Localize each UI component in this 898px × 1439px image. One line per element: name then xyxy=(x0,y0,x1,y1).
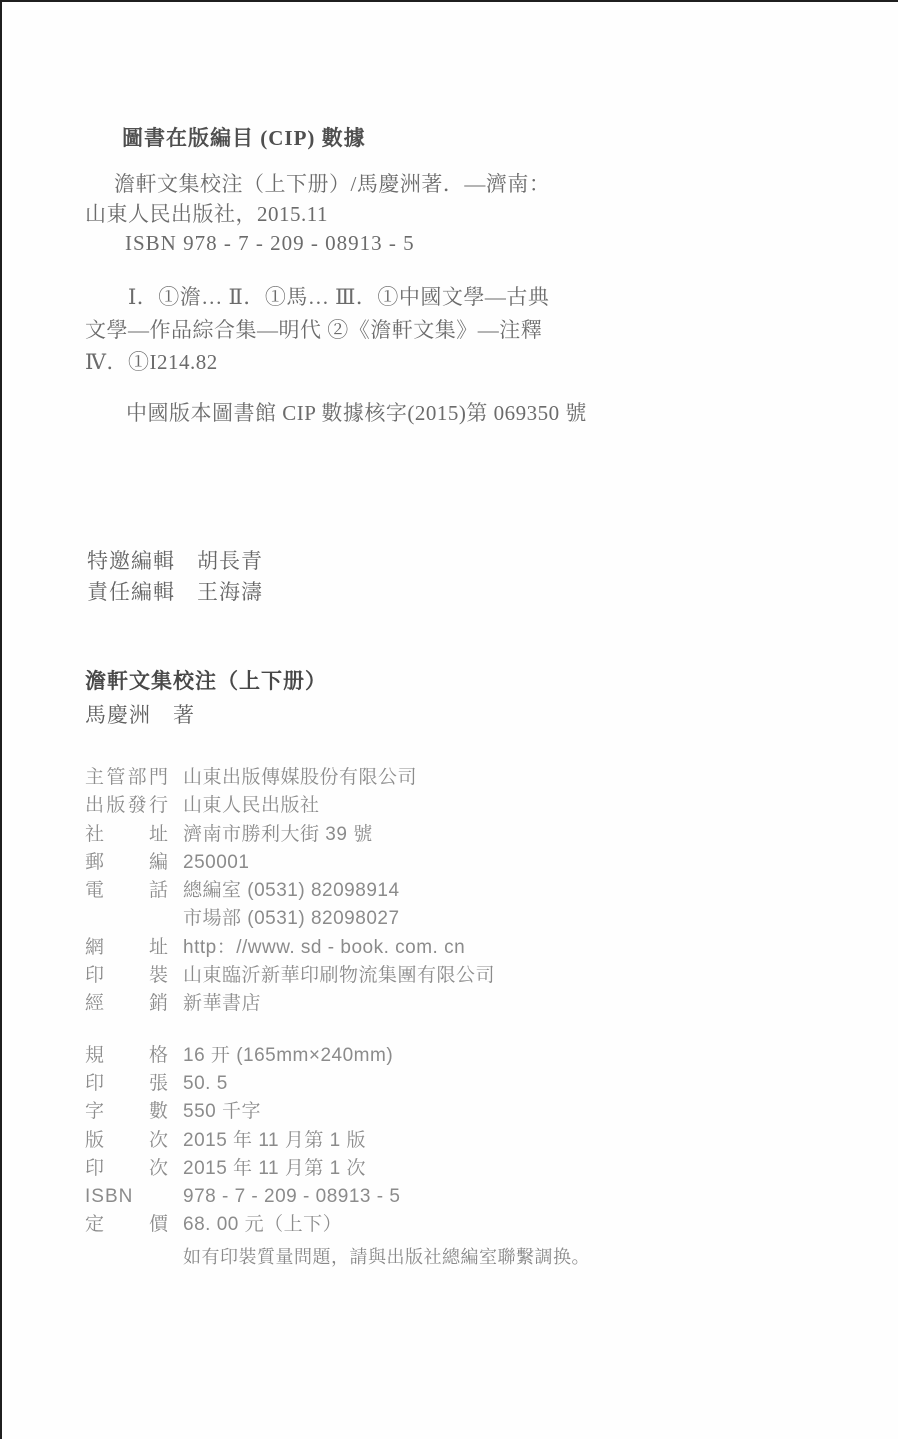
colophon-row-value: 2015 年 11 月第 1 版 xyxy=(183,1130,366,1151)
editor-row: 責任編輯王海濤 xyxy=(87,577,263,608)
colophon-row-value: 山東臨沂新華印刷物流集團有限公司 xyxy=(183,965,495,986)
colophon-row: 出版發行山東人民出版社 xyxy=(85,792,825,820)
colophon-row: ISBN978 - 7 - 209 - 08913 - 5 xyxy=(85,1183,825,1211)
colophon-row-label: 規格 xyxy=(85,1042,168,1070)
cip-publisher-line: 山東人民出版社，2015.11 xyxy=(85,200,328,228)
colophon-row-label: 郵編 xyxy=(85,849,168,877)
colophon-row-label: 網址 xyxy=(85,934,168,962)
cip-title-line: 澹軒文集校注（上下册）/馬慶洲著．—濟南： xyxy=(114,170,550,198)
colophon-row: 版次2015 年 11 月第 1 版 xyxy=(85,1127,825,1155)
colophon-row-value: 新華書店 xyxy=(183,993,261,1014)
book-author: 馬慶洲 著 xyxy=(85,700,327,730)
editor-role: 特邀編輯 xyxy=(87,549,175,573)
colophon-row: 字數550 千字 xyxy=(85,1098,825,1126)
colophon-row: 社址濟南市勝利大街 39 號 xyxy=(85,821,825,849)
copyright-page: 圖書在版編目 (CIP) 數據 澹軒文集校注（上下册）/馬慶洲著．—濟南： 山東… xyxy=(0,0,898,1439)
colophon-row-value: 市場部 (0531) 82098027 xyxy=(183,908,400,929)
scan-edge-left xyxy=(0,0,2,1439)
book-title: 澹軒文集校注（上下册） xyxy=(85,667,327,697)
colophon-row: 經銷新華書店 xyxy=(85,990,825,1018)
cip-class-line-1: Ⅰ．①澹… Ⅱ．①馬… Ⅲ．①中國文學—古典 xyxy=(128,283,549,311)
cip-class-line-3: Ⅳ．①I214.82 xyxy=(85,348,218,376)
colophon-row: 規格16 开 (165mm×240mm) xyxy=(85,1042,825,1070)
colophon-contact-rows: 主管部門山東出版傳媒股份有限公司出版發行山東人民出版社社址濟南市勝利大街 39 … xyxy=(85,764,825,1019)
colophon-row-value: 2015 年 11 月第 1 次 xyxy=(183,1158,366,1179)
colophon-row-label: 印裝 xyxy=(85,962,168,990)
colophon-gap xyxy=(85,1019,825,1042)
book-title-section: 澹軒文集校注（上下册） 馬慶洲 著 xyxy=(85,667,327,730)
colophon-row-value: 50. 5 xyxy=(183,1073,228,1094)
colophon-row: 印次2015 年 11 月第 1 次 xyxy=(85,1155,825,1183)
colophon-row-value: 978 - 7 - 209 - 08913 - 5 xyxy=(183,1186,400,1207)
editor-role: 責任編輯 xyxy=(87,580,175,604)
cip-isbn-line: ISBN 978 - 7 - 209 - 08913 - 5 xyxy=(125,229,415,257)
colophon-row: 市場部 (0531) 82098027 xyxy=(85,905,825,933)
colophon-row: 郵編250001 xyxy=(85,849,825,877)
colophon-row-label: 主管部門 xyxy=(85,764,168,792)
colophon-row-value: http：//www. sd - book. com. cn xyxy=(183,937,465,958)
colophon-row-label: 印張 xyxy=(85,1070,168,1098)
colophon-row-value: 總編室 (0531) 82098914 xyxy=(183,880,400,901)
colophon-row: 電話總編室 (0531) 82098914 xyxy=(85,877,825,905)
colophon-row-label: 定價 xyxy=(85,1211,168,1239)
colophon-row-value: 550 千字 xyxy=(183,1101,261,1122)
colophon-row-label: ISBN xyxy=(85,1183,168,1211)
scan-edge-top xyxy=(0,0,898,2)
editors-section: 特邀編輯胡長青 責任編輯王海濤 xyxy=(87,546,263,608)
colophon-quality-note: 如有印裝質量問題，請與出版社總編室聯繫調换。 xyxy=(183,1243,825,1269)
colophon-section: 主管部門山東出版傳媒股份有限公司出版發行山東人民出版社社址濟南市勝利大街 39 … xyxy=(85,764,825,1269)
editor-row: 特邀編輯胡長青 xyxy=(87,546,263,577)
colophon-row-value: 250001 xyxy=(183,852,249,873)
colophon-row-label: 字數 xyxy=(85,1098,168,1126)
colophon-row-value: 濟南市勝利大街 39 號 xyxy=(183,824,373,845)
colophon-row-label: 電話 xyxy=(85,877,168,905)
colophon-row-value: 山東出版傳媒股份有限公司 xyxy=(183,767,417,788)
colophon-row-label: 經銷 xyxy=(85,990,168,1018)
colophon-row: 印張50. 5 xyxy=(85,1070,825,1098)
colophon-row-label: 版次 xyxy=(85,1127,168,1155)
colophon-spec-rows: 規格16 开 (165mm×240mm)印張50. 5字數550 千字版次201… xyxy=(85,1042,825,1240)
colophon-row-label: 出版發行 xyxy=(85,792,168,820)
colophon-row-value: 16 开 (165mm×240mm) xyxy=(183,1045,393,1066)
cip-header: 圖書在版編目 (CIP) 數據 xyxy=(122,124,366,152)
cip-class-line-2: 文學—作品綜合集—明代 ②《澹軒文集》—注釋 xyxy=(85,316,542,344)
colophon-row: 印裝山東臨沂新華印刷物流集團有限公司 xyxy=(85,962,825,990)
cip-registry-line: 中國版本圖書館 CIP 數據核字(2015)第 069350 號 xyxy=(126,399,587,427)
colophon-row: 網址http：//www. sd - book. com. cn xyxy=(85,934,825,962)
editor-name: 王海濤 xyxy=(197,580,263,604)
colophon-row: 主管部門山東出版傳媒股份有限公司 xyxy=(85,764,825,792)
editor-name: 胡長青 xyxy=(197,549,263,573)
colophon-row-value: 山東人民出版社 xyxy=(183,795,320,816)
colophon-row-value: 68. 00 元（上下） xyxy=(183,1214,342,1235)
colophon-row-label: 社址 xyxy=(85,821,168,849)
colophon-row-label: 印次 xyxy=(85,1155,168,1183)
colophon-row: 定價68. 00 元（上下） xyxy=(85,1211,825,1239)
